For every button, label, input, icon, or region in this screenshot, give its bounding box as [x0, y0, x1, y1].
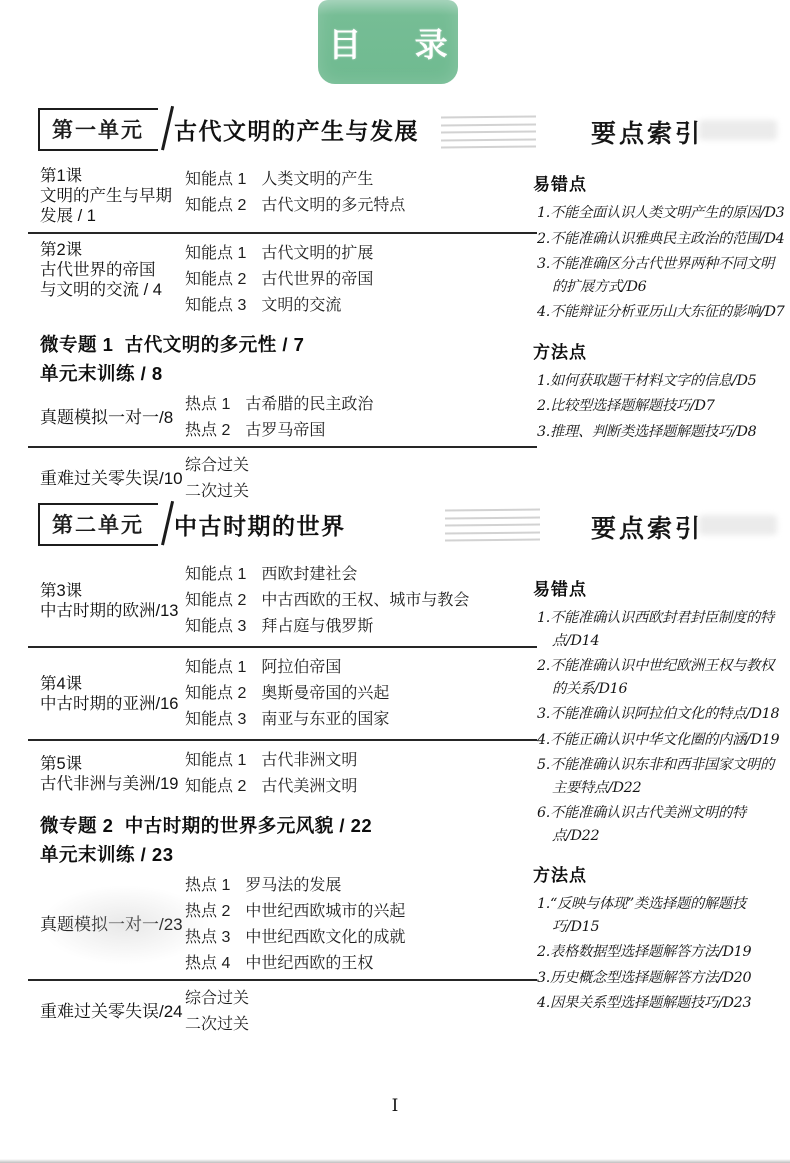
unit-2-header: 第二单元 中古时期的世界 要点索引	[0, 503, 790, 553]
review-name: 重难过关零失误/10	[40, 469, 185, 489]
unit-training-entry: 单元末训练 / 8	[40, 363, 540, 385]
lesson-4-name: 第4课 中古时期的亚洲/16	[40, 674, 185, 714]
error-points-header: 易错点	[533, 575, 786, 600]
method-point-item: 2.表格数据型选择题解答方法/D19	[537, 941, 786, 964]
unit-training-entry: 单元末训练 / 23	[40, 844, 540, 866]
lesson-2-name: 第2课 古代世界的帝国 与文明的交流 / 4	[40, 240, 185, 319]
error-point-item: 3.不能准确认识阿拉伯文化的特点/D18	[537, 703, 786, 726]
micro-topic-entry: 微专题 2 中古时期的世界多元风貌 / 22	[40, 815, 540, 837]
error-point-item: 2.不能准确认识中世纪欧洲王权与教权的关系/D16	[537, 655, 786, 700]
method-point-item: 3.推理、判断类选择题解题技巧/D8	[537, 421, 786, 444]
knowledge-point: 知能点 2古代世界的帝国	[185, 267, 540, 293]
error-points-header: 易错点	[533, 170, 786, 195]
unit-1-index-title: 要点索引	[591, 114, 703, 150]
exam-simulation-name: 真题模拟一对一/8	[40, 408, 185, 428]
lesson-row: 第3课 中古时期的欧洲/13 知能点 1西欧封建社会 知能点 2中古西欧的王权、…	[40, 555, 540, 646]
hot-point: 热点 1罗马法的发展	[185, 873, 540, 899]
hot-point: 热点 3中世纪西欧文化的成就	[185, 925, 540, 951]
unit-1-index-column: 易错点 1.不能全面认识人类文明产生的原因/D3 2.不能准确认识雅典民主政治的…	[532, 170, 786, 446]
lesson-1-name: 第1课 文明的产生与早期 发展 / 1	[40, 166, 185, 226]
method-points-list: 1.如何获取题干材料文字的信息/D5 2.比较型选择题解题技巧/D7 3.推理、…	[537, 370, 786, 444]
method-points-header: 方法点	[533, 861, 786, 886]
hot-point: 热点 1古希腊的民主政治	[185, 392, 540, 418]
lesson-3-name: 第3课 中古时期的欧洲/13	[40, 581, 185, 621]
unit-1-title: 古代文明的产生与发展	[174, 113, 419, 146]
decorative-lines	[441, 110, 536, 154]
knowledge-point: 知能点 2古代美洲文明	[185, 774, 540, 800]
error-points-list: 1.不能准确认识西欧封君封臣制度的特点/D14 2.不能准确认识中世纪欧洲王权与…	[537, 607, 786, 847]
method-point-item: 1.如何获取题干材料文字的信息/D5	[537, 370, 786, 393]
lesson-5-name: 第5课 古代非洲与美洲/19	[40, 754, 185, 794]
method-points-list: 1.“反映与体现”类选择题的解题技巧/D15 2.表格数据型选择题解答方法/D1…	[537, 893, 786, 1015]
review-row: 重难过关零失误/24 综合过关 二次过关	[40, 981, 540, 1046]
exam-simulation-row: 真题模拟一对一/23 热点 1罗马法的发展 热点 2中世纪西欧城市的兴起 热点 …	[40, 868, 540, 979]
review-name: 重难过关零失误/24	[40, 1002, 185, 1022]
unit-2-title: 中古时期的世界	[174, 508, 346, 541]
scan-bottom-edge	[0, 1159, 790, 1163]
hot-point: 热点 2中世纪西欧城市的兴起	[185, 899, 540, 925]
unit-2-index-title: 要点索引	[591, 509, 703, 545]
knowledge-point: 知能点 1人类文明的产生	[185, 167, 540, 193]
error-point-item: 5.不能准确认识东非和西非国家文明的主要特点/D22	[537, 754, 786, 799]
method-point-item: 1.“反映与体现”类选择题的解题技巧/D15	[537, 893, 786, 938]
error-points-list: 1.不能全面认识人类文明产生的原因/D3 2.不能准确认识雅典民主政治的范围/D…	[537, 202, 786, 324]
hot-point: 热点 4中世纪西欧的王权	[185, 951, 540, 977]
unit-2-index-column: 易错点 1.不能准确认识西欧封君封臣制度的特点/D14 2.不能准确认识中世纪欧…	[532, 575, 786, 1018]
unit-2-toc-column: 第3课 中古时期的欧洲/13 知能点 1西欧封建社会 知能点 2中古西欧的王权、…	[40, 555, 540, 1046]
toc-header-tab: 目 录	[318, 0, 458, 84]
unit-1-toc-column: 第1课 文明的产生与早期 发展 / 1 知能点 1人类文明的产生 知能点 2古代…	[40, 160, 540, 513]
error-point-item: 4.不能正确认识中华文化圈的内涵/D19	[537, 729, 786, 752]
review-item: 二次过关	[185, 1012, 540, 1038]
unit-2-section: 第二单元 中古时期的世界 要点索引 第3课 中古时期的欧洲/13 知能点 1西欧…	[0, 503, 790, 1063]
unit-1-section: 第一单元 古代文明的产生与发展 要点索引 第1课 文明的产生与早期 发展 / 1…	[0, 108, 790, 503]
knowledge-point: 知能点 2古代文明的多元特点	[185, 193, 540, 219]
review-item: 综合过关	[185, 453, 540, 479]
unit-1-header: 第一单元 古代文明的产生与发展 要点索引	[0, 108, 790, 158]
lesson-row: 第4课 中古时期的亚洲/16 知能点 1阿拉伯帝国 知能点 2奥斯曼帝国的兴起 …	[40, 648, 540, 739]
decorative-lines	[445, 503, 540, 547]
unit-2-box-label: 第二单元	[38, 503, 158, 546]
toc-title: 目 录	[328, 19, 469, 66]
method-point-item: 2.比较型选择题解题技巧/D7	[537, 395, 786, 418]
lesson-row: 第1课 文明的产生与早期 发展 / 1 知能点 1人类文明的产生 知能点 2古代…	[40, 160, 540, 232]
exam-simulation-name: 真题模拟一对一/23	[40, 915, 185, 935]
micro-topic-entry: 微专题 1 古代文明的多元性 / 7	[40, 334, 540, 356]
knowledge-point: 知能点 3文明的交流	[185, 293, 540, 319]
knowledge-point: 知能点 1古代文明的扩展	[185, 241, 540, 267]
error-point-item: 1.不能全面认识人类文明产生的原因/D3	[537, 202, 786, 225]
knowledge-point: 知能点 1西欧封建社会	[185, 562, 540, 588]
review-item: 综合过关	[185, 986, 540, 1012]
error-point-item: 4.不能辩证分析亚历山大东征的影响/D7	[537, 301, 786, 324]
hot-point: 热点 2古罗马帝国	[185, 418, 540, 444]
page-number: I	[0, 1096, 790, 1116]
error-point-item: 3.不能准确区分古代世界两种不同文明的扩展方式/D6	[537, 253, 786, 298]
method-point-item: 3.历史概念型选择题解答方法/D20	[537, 967, 786, 990]
knowledge-point: 知能点 1阿拉伯帝国	[185, 655, 540, 681]
method-points-header: 方法点	[533, 338, 786, 363]
unit-1-box-label: 第一单元	[38, 108, 158, 151]
knowledge-point: 知能点 3拜占庭与俄罗斯	[185, 614, 540, 640]
method-point-item: 4.因果关系型选择题解题技巧/D23	[537, 992, 786, 1015]
review-item: 二次过关	[185, 479, 540, 505]
knowledge-point: 知能点 1古代非洲文明	[185, 748, 540, 774]
exam-simulation-row: 真题模拟一对一/8 热点 1古希腊的民主政治 热点 2古罗马帝国	[40, 387, 540, 446]
error-point-item: 1.不能准确认识西欧封君封臣制度的特点/D14	[537, 607, 786, 652]
knowledge-point: 知能点 3南亚与东亚的国家	[185, 707, 540, 733]
knowledge-point: 知能点 2奥斯曼帝国的兴起	[185, 681, 540, 707]
lesson-row: 第5课 古代非洲与美洲/19 知能点 1古代非洲文明 知能点 2古代美洲文明	[40, 741, 540, 806]
error-point-item: 2.不能准确认识雅典民主政治的范围/D4	[537, 228, 786, 251]
lesson-row: 第2课 古代世界的帝国 与文明的交流 / 4 知能点 1古代文明的扩展 知能点 …	[40, 234, 540, 325]
error-point-item: 6.不能准确认识古代美洲文明的特点/D22	[537, 802, 786, 847]
knowledge-point: 知能点 2中古西欧的王权、城市与教会	[185, 588, 540, 614]
